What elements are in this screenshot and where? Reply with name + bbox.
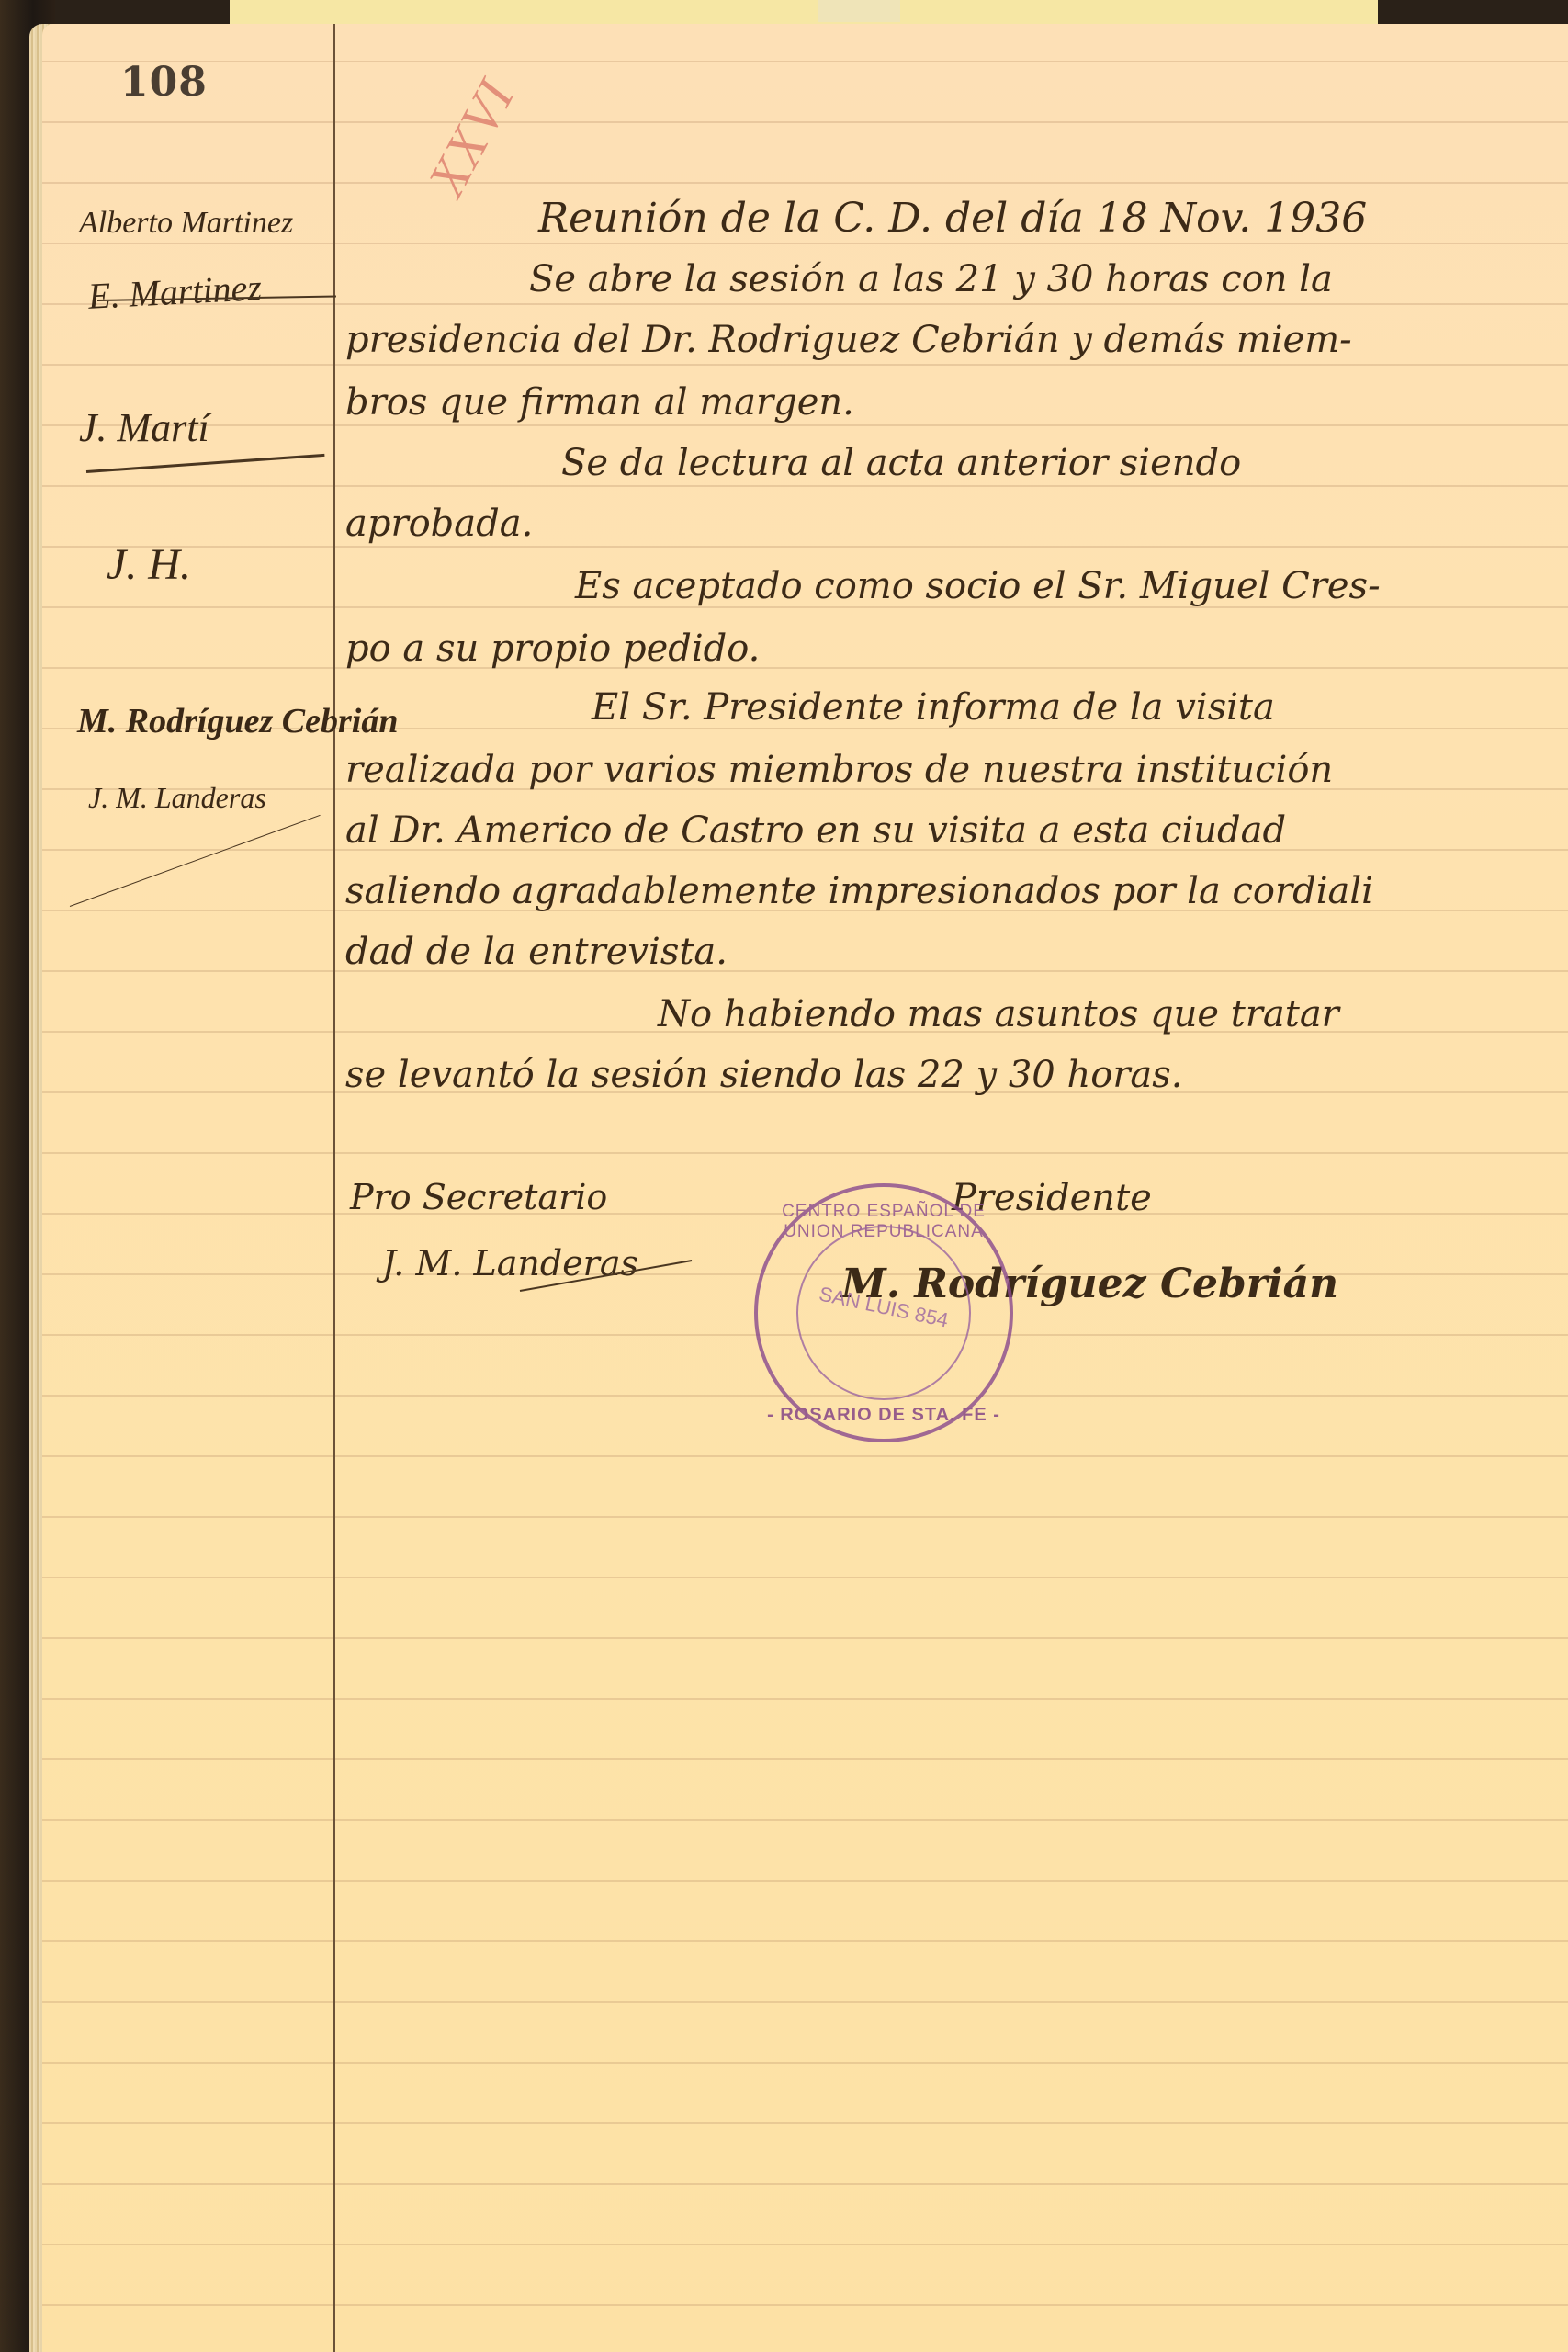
margin-signature: E. Martinez <box>87 269 263 315</box>
margin-signature: Alberto Martinez <box>79 208 293 239</box>
minutes-line: se levantó la sesión siendo las 22 y 30 … <box>345 1057 1183 1093</box>
paper-tab <box>818 0 900 22</box>
minutes-line: presidencia del Dr. Rodriguez Cebrián y … <box>345 322 1352 358</box>
minutes-line: El Sr. Presidente informa de la visita <box>592 689 1275 726</box>
minutes-line: Se abre la sesión a las 21 y 30 horas co… <box>529 261 1333 298</box>
minutes-title: Reunión de la C. D. del día 18 Nov. 1936 <box>538 198 1367 239</box>
minutes-line: po a su propio pedido. <box>345 630 760 667</box>
stamp-ring-text-bottom: - ROSARIO DE STA. FE - <box>758 1405 1010 1426</box>
minutes-line: No habiendo mas asuntos que tratar <box>658 996 1339 1033</box>
margin-signature: J. M. Landeras <box>88 783 266 812</box>
margin-signature: M. Rodríguez Cebrián <box>77 704 398 739</box>
minutes-line: Se da lectura al acta anterior siendo <box>561 445 1241 481</box>
secretary-title: Pro Secretario <box>350 1180 607 1215</box>
minutes-line: saliendo agradablemente impresionados po… <box>345 873 1373 910</box>
minutes-line: al Dr. Americo de Castro en su visita a … <box>345 812 1286 849</box>
minutes-line: realizada por varios miembros de nuestra… <box>345 752 1333 788</box>
stamp-ring-text-top: CENTRO ESPAÑOL DE UNION REPUBLICANA <box>758 1202 1010 1242</box>
ruled-lines <box>42 24 1568 2352</box>
margin-signature: J. H. <box>107 543 191 587</box>
margin-rule <box>333 24 335 2352</box>
background-surface <box>230 0 1378 26</box>
minutes-line: dad de la entrevista. <box>345 933 728 970</box>
margin-signature: J. Martí <box>79 408 209 448</box>
page-number: 108 <box>120 59 208 106</box>
official-stamp: CENTRO ESPAÑOL DE UNION REPUBLICANA SAN … <box>754 1183 1013 1442</box>
minutes-line: bros que firman al margen. <box>345 384 854 421</box>
ledger-page: 108 XXVI Alberto Martinez E. Martinez J.… <box>42 24 1568 2352</box>
minutes-line: aprobada. <box>345 505 533 542</box>
minutes-line: Es aceptado como socio el Sr. Miguel Cre… <box>575 568 1381 605</box>
